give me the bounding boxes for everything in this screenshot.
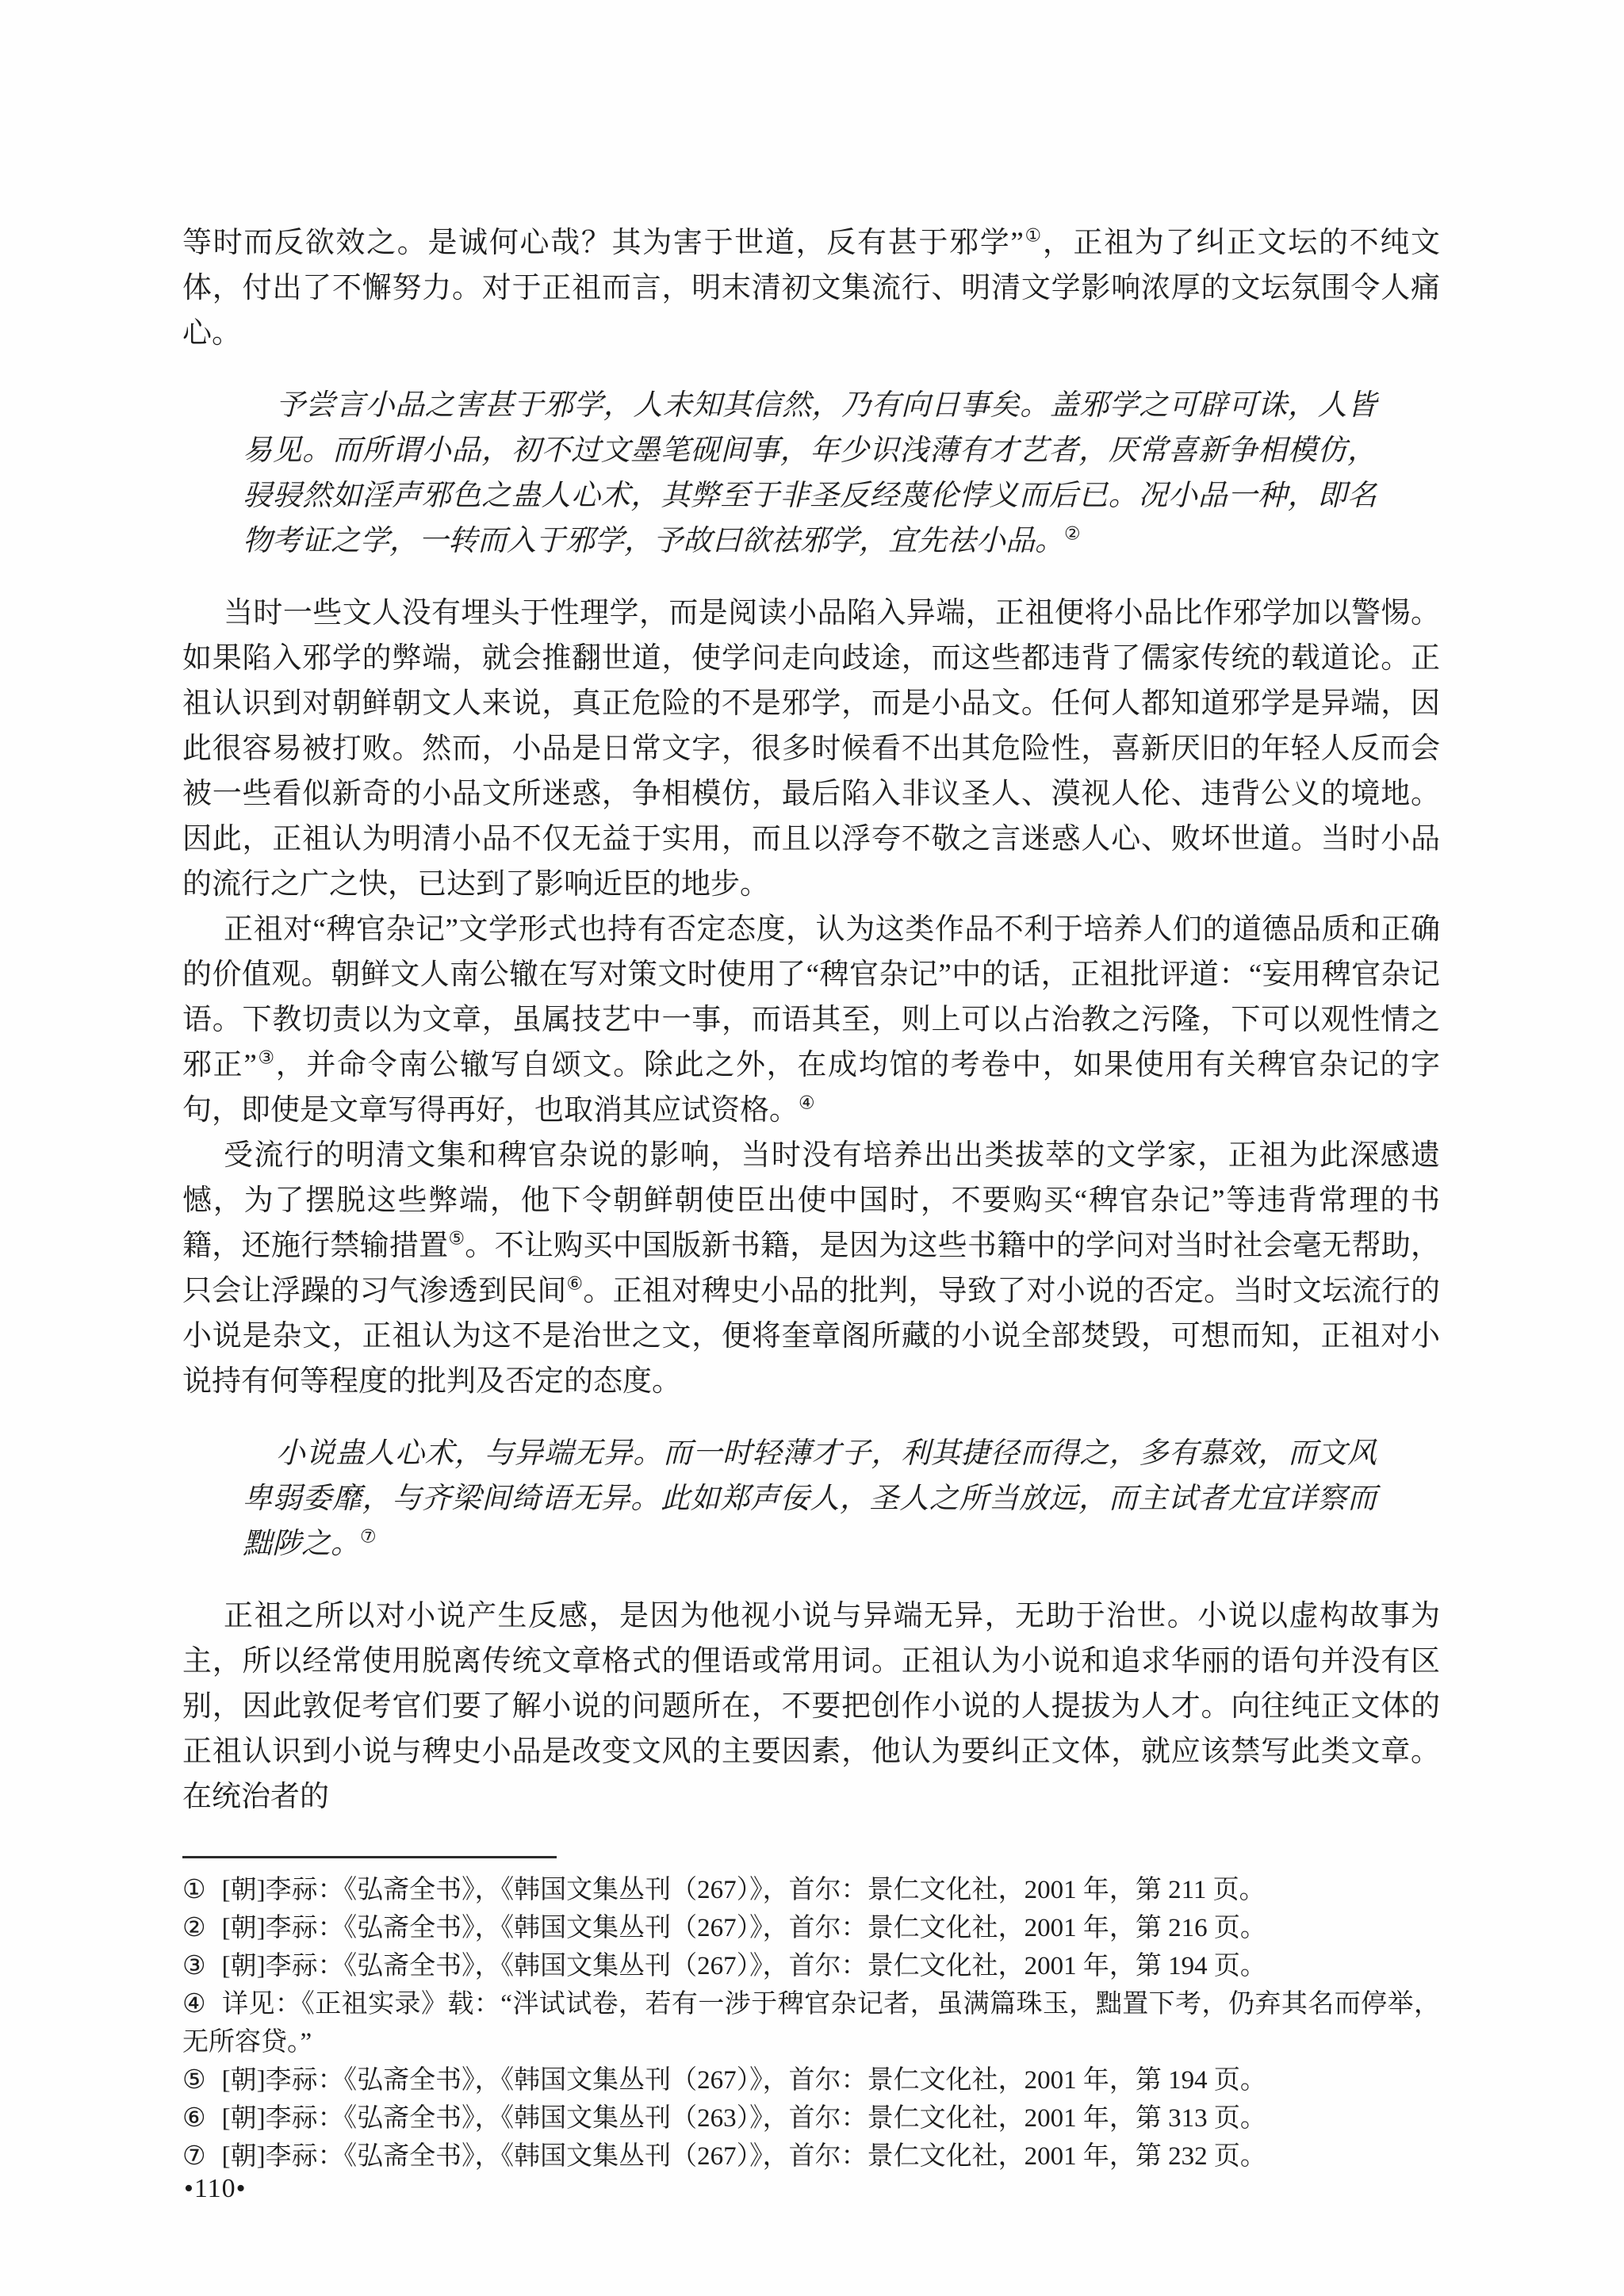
footnote-4-text: 详见：《正祖实录》载：“泮试试卷，若有一涉于稗官杂记者，虽满篇珠玉，黜置下考，仍… — [182, 1990, 1440, 2057]
footnote-6-marker: ⑥ — [182, 2104, 206, 2133]
footnote-2-marker: ② — [182, 1914, 206, 1942]
paragraph-2: 正祖对“稗官杂记”文学形式也持有否定态度，认为这类作品不利于培养人们的道德品质和… — [182, 907, 1440, 1133]
footnote-3-text: [朝]李祘：《弘斋全书》，《韩国文集丛刊（267）》，首尔：景仁文化社，2001… — [222, 1952, 1266, 1980]
footnote-2-text: [朝]李祘：《弘斋全书》，《韩国文集丛刊（267）》，首尔：景仁文化社，2001… — [222, 1914, 1266, 1942]
footnote-divider — [182, 1856, 557, 1858]
footnote-6-text: [朝]李祘：《弘斋全书》，《韩国文集丛刊（263）》，首尔：景仁文化社，2001… — [222, 2104, 1266, 2133]
quote-block-1: 予尝言小品之害甚于邪学，人未知其信然，乃有向日事矣。盖邪学之可辟可诛，人皆易见。… — [243, 383, 1377, 564]
footnote-6: ⑥[朝]李祘：《弘斋全书》，《韩国文集丛刊（263）》，首尔：景仁文化社，200… — [182, 2099, 1440, 2137]
footnote-5-text: [朝]李祘：《弘斋全书》，《韩国文集丛刊（267）》，首尔：景仁文化社，2001… — [222, 2066, 1266, 2095]
footnote-7-marker: ⑦ — [182, 2142, 206, 2171]
footnote-4: ④详见：《正祖实录》载：“泮试试卷，若有一涉于稗官杂记者，虽满篇珠玉，黜置下考，… — [182, 1985, 1440, 2061]
footnote-1: ①[朝]李祘：《弘斋全书》，《韩国文集丛刊（267）》，首尔：景仁文化社，200… — [182, 1871, 1440, 1909]
footnote-3: ③[朝]李祘：《弘斋全书》，《韩国文集丛刊（267）》，首尔：景仁文化社，200… — [182, 1947, 1440, 1985]
footnote-5-marker: ⑤ — [182, 2066, 206, 2095]
footnote-5: ⑤[朝]李祘：《弘斋全书》，《韩国文集丛刊（267）》，首尔：景仁文化社，200… — [182, 2061, 1440, 2099]
paragraph-intro: 等时而反欲效之。是诚何心哉？其为害于世道，反有甚于邪学”①，正祖为了纠正文坛的不… — [182, 220, 1440, 356]
footnote-2: ②[朝]李祘：《弘斋全书》，《韩国文集丛刊（267）》，首尔：景仁文化社，200… — [182, 1909, 1440, 1947]
footnote-3-marker: ③ — [182, 1952, 206, 1980]
footnote-4-marker: ④ — [182, 1990, 206, 2019]
quote-block-2: 小说蛊人心术，与异端无异。而一时轻薄才子，利其捷径而得之，多有慕效，而文风卑弱委… — [243, 1431, 1377, 1567]
footnote-7: ⑦[朝]李祘：《弘斋全书》，《韩国文集丛刊（267）》，首尔：景仁文化社，200… — [182, 2137, 1440, 2175]
paragraph-1: 当时一些文人没有埋头于性理学，而是阅读小品陷入异端，正祖便将小品比作邪学加以警惕… — [182, 591, 1440, 907]
footnote-7-text: [朝]李祘：《弘斋全书》，《韩国文集丛刊（267）》，首尔：景仁文化社，2001… — [222, 2142, 1266, 2171]
footnote-1-text: [朝]李祘：《弘斋全书》，《韩国文集丛刊（267）》，首尔：景仁文化社，2001… — [222, 1876, 1266, 1904]
document-page: 等时而反欲效之。是诚何心哉？其为害于世道，反有甚于邪学”①，正祖为了纠正文坛的不… — [0, 0, 1624, 2296]
footnote-1-marker: ① — [182, 1876, 206, 1904]
footnotes-section: ①[朝]李祘：《弘斋全书》，《韩国文集丛刊（267）》，首尔：景仁文化社，200… — [182, 1871, 1440, 2175]
paragraph-3: 受流行的明清文集和稗官杂说的影响，当时没有培养出出类拔萃的文学家，正祖为此深感遗… — [182, 1133, 1440, 1404]
paragraph-4: 正祖之所以对小说产生反感，是因为他视小说与异端无异，无助于治世。小说以虚构故事为… — [182, 1594, 1440, 1820]
page-body: 等时而反欲效之。是诚何心哉？其为害于世道，反有甚于邪学”①，正祖为了纠正文坛的不… — [182, 220, 1440, 2175]
page-number: •110• — [184, 2174, 247, 2204]
